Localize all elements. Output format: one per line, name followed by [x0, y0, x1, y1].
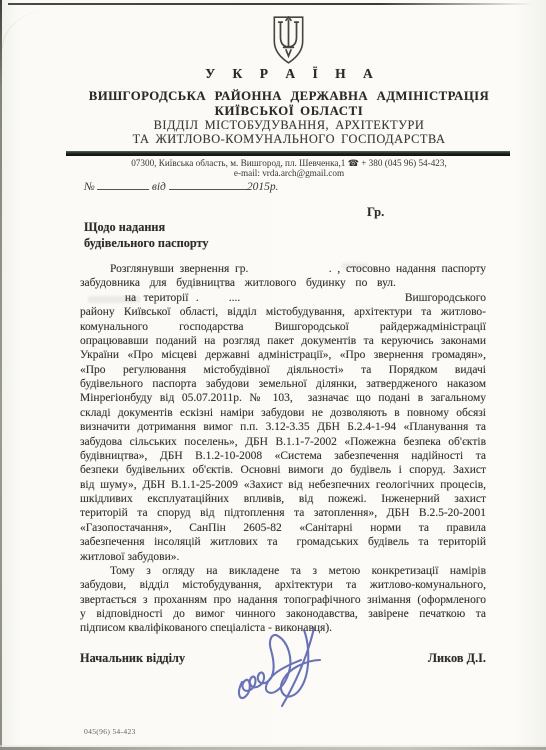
- body-line: Розглянувши звернення гр. . , стосовно н…: [80, 262, 486, 276]
- subject-line: будівельного паспорту: [84, 236, 209, 252]
- doc-date-blank: [169, 179, 247, 190]
- doc-year: 2015р.: [247, 181, 279, 193]
- doc-number-label: №: [84, 181, 95, 193]
- reference-line: №від2015р.: [84, 179, 490, 193]
- body-line: «Газопостачання», СанПін 2605-82 «Саніта…: [80, 521, 486, 535]
- body-line: «Про регулювання містобудівної діяльност…: [80, 363, 486, 377]
- org-line: ВИШГОРОДСЬКА РАЙОННА ДЕРЖАВНА АДМІНІСТРА…: [62, 89, 516, 104]
- scan-edge-left: [0, 0, 2, 750]
- org-line: КИЇВСЬКОЇ ОБЛАСТІ: [62, 104, 516, 118]
- body-line: звертається з проханням про надання топо…: [80, 593, 486, 607]
- letterhead-rule: [66, 151, 510, 156]
- body-line: визначити дотримання вимог п.п. 3.12-3.3…: [80, 420, 486, 434]
- body-line: району Київської області, відділ містобу…: [80, 305, 486, 319]
- scanned-letter-page: У К Р А Ї Н А ВИШГОРОДСЬКА РАЙОННА ДЕРЖА…: [0, 0, 546, 750]
- org-line: ТА ЖИТЛОВО-КОМУНАЛЬНОГО ГОСПОДАРСТВА: [62, 132, 516, 146]
- body-line: Мінрегіонбуду від 05.07.2011р. № 103, за…: [80, 391, 486, 405]
- email-line: e-mail: vrda.arch@gmail.com: [68, 169, 510, 179]
- org-line: ВІДДІЛ МІСТОБУДУВАННЯ, АРХІТЕКТУРИ: [62, 118, 516, 132]
- contact-block: 07300, Київська область, м. Вишгород, пл…: [68, 159, 510, 179]
- doc-number-blank: [97, 179, 149, 190]
- page-curl-artifact: [2, 6, 72, 48]
- address-text: 07300, Київська область, м. Вишгород, пл…: [131, 158, 345, 168]
- body-line: комунального господарства Вишгородської …: [80, 320, 486, 334]
- signer-name: Ликов Д.І.: [428, 651, 486, 666]
- footer-phone: 045(96) 54-423: [84, 727, 136, 736]
- body-line: забудова сільських поселень», ДБН В.1.1-…: [80, 435, 486, 449]
- body-line: будівельного паспорта забудови земельної…: [80, 377, 486, 391]
- organization-name: ВИШГОРОДСЬКА РАЙОННА ДЕРЖАВНА АДМІНІСТРА…: [62, 89, 516, 146]
- body-line: шкідливих експлуатаційних впливів, від п…: [80, 492, 486, 506]
- phone-icon: ☎: [348, 158, 359, 168]
- subject-block: Щодо надання будівельного паспорту: [84, 220, 209, 251]
- ukraine-trident-emblem-icon: [270, 15, 307, 65]
- body-line: на території . .... Вишгородського: [80, 291, 486, 305]
- body-line: Тому з огляду на викладене та з метою ко…: [80, 564, 486, 578]
- body-line: складі документів ескізні наміри забудов…: [80, 406, 486, 420]
- country-title: У К Р А Ї Н А: [68, 66, 510, 82]
- scan-edge-bottom-fade: [0, 745, 546, 747]
- body-line: опрацювавши поданий на розгляд пакет док…: [80, 334, 486, 348]
- body-line: безпеки будівельних об'єктів. Основні ви…: [80, 463, 486, 477]
- body-line: від шуму», ДБН В.1.1-25-2009 «Захист від…: [80, 478, 486, 492]
- body-line: забудовника для будівництва житлового бу…: [80, 276, 486, 290]
- body-line: будівництва», ДБН В.1.2-10-2008 «Система…: [80, 449, 486, 463]
- handwritten-signature: [218, 620, 340, 716]
- phone-number: + 380 (045 96) 54-423,: [361, 158, 447, 168]
- body-line: забудови, відділ містобудування, архітек…: [80, 578, 486, 592]
- body-line: житлової забудови».: [80, 550, 486, 564]
- body-line: України «Про місцеві державні адміністра…: [80, 348, 486, 362]
- body-text: Розглянувши звернення гр. . , стосовно н…: [80, 262, 486, 636]
- subject-line: Щодо надання: [84, 220, 209, 236]
- scan-edge-top: [8, 3, 538, 5]
- recipient-label: Гр.: [367, 205, 384, 220]
- doc-date-label: від: [152, 181, 166, 193]
- body-line: територій та споруд від підтоплення та з…: [80, 506, 486, 520]
- signer-position: Начальник відділу: [80, 651, 185, 666]
- body-line: забезпечення інсоляцій житлових та грома…: [80, 535, 486, 549]
